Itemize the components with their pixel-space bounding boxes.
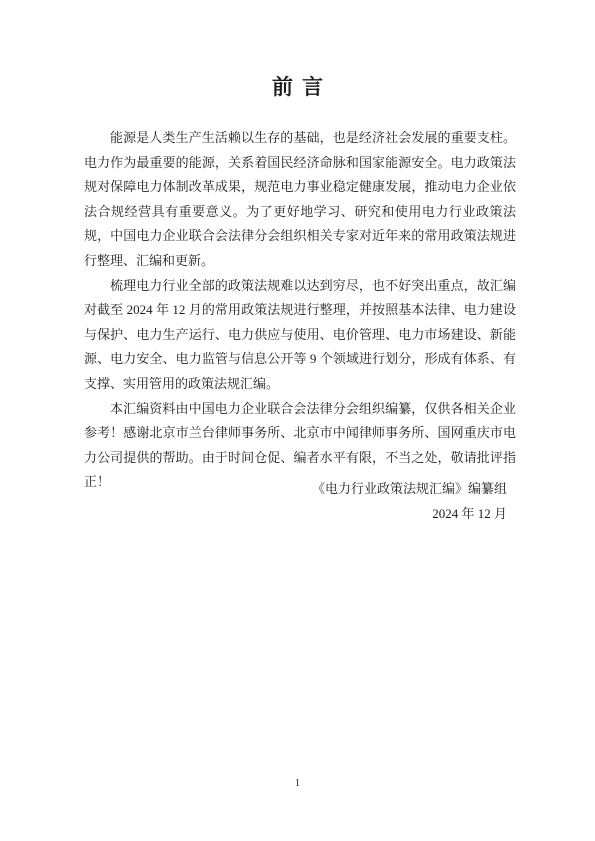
signature-block: 《电力行业政策法规汇编》编纂组 2024 年 12 月 [84,477,507,526]
signature-date: 2024 年 12 月 [84,502,507,527]
preface-paragraph-2: 梳理电力行业全部的政策法规难以达到穷尽，也不好突出重点，故汇编对截至 2024 … [84,274,516,397]
preface-body: 能源是人类生产生活赖以生存的基础，也是经济社会发展的重要支柱。电力作为最重要的能… [84,126,516,495]
document-page: 前言 能源是人类生产生活赖以生存的基础，也是经济社会发展的重要支柱。电力作为最重… [0,0,595,841]
signature-editor-group: 《电力行业政策法规汇编》编纂组 [84,477,507,502]
page-number: 1 [0,778,595,789]
page-title: 前言 [0,71,595,101]
preface-paragraph-1: 能源是人类生产生活赖以生存的基础，也是经济社会发展的重要支柱。电力作为最重要的能… [84,126,516,274]
